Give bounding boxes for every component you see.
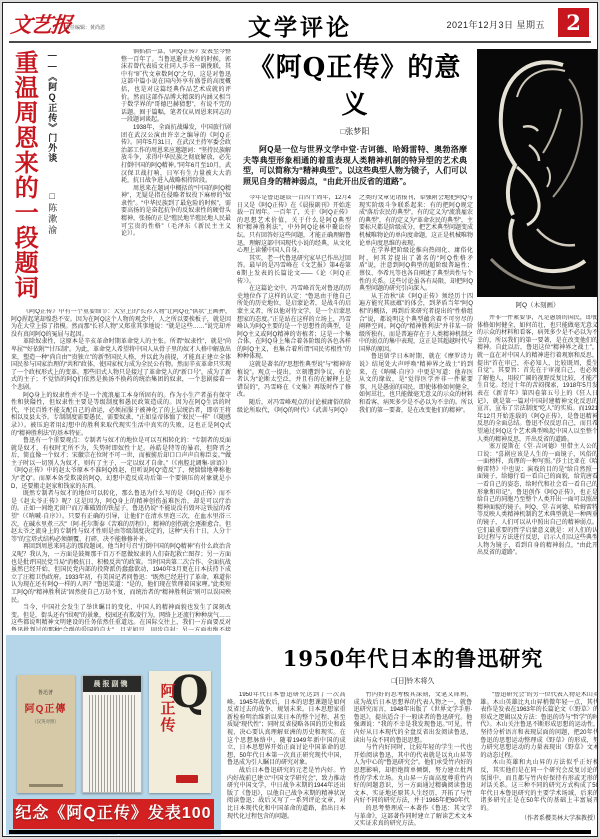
right-column-body: 并非一件紧要事，凡是愚弱的国民，即使体格如何健全，如何茁壮，也只能做毫无意义的示…: [477, 315, 598, 647]
center-article-body: 今年是鲁迅诞辰一百四十周年，12月4日又是《阿Q正传》在《晨报副刊》开始连载一百…: [237, 195, 473, 680]
center-article-intro: 阿Q是一位与世界文学中堂·吉诃德、哈姆雷特、奥勃洛摩夫等典型形象相通的着重表现人…: [243, 145, 467, 187]
cover-subtitle: （汉英对照）: [32, 719, 59, 725]
paragraph: 阿Q身上的奴隶性并不是一个流浪雇工本身所固有的。作为小生产者虽有保守性和狭隘性，…: [11, 393, 231, 439]
paragraph: 在学界把阶级论推向热闹化、庸俗化时，何其芳提出了著名的“阿Q性格矛盾”说，注意到…: [359, 248, 473, 294]
paragraph: 的思考整理成一本著作《鲁迅：其文学与革命》，这部著作同时建立了解读艺术文本又实证…: [354, 806, 473, 829]
newspaper-clipping: 晨报副镌: [82, 675, 142, 793]
cover-title: 阿Q正傳: [25, 700, 67, 715]
paragraph: “鲁迅研究会”的另一位代表人物是木山英雄。木山英雄比丸山昇稍微年轻一点，其代表作…: [480, 692, 598, 760]
cover-publisher-line: [29, 784, 63, 787]
paragraph: 鲁迅有一个重要观点：专制者与奴才的地位是可以互相转化的：“专制者的反面就是奴才，…: [11, 438, 231, 491]
center-article-title: 《阿Q正传》的意义: [237, 47, 473, 121]
bottom-article-title: 1950年代日本的鲁迅研究: [227, 643, 598, 673]
paragraph: 再回到周恩来同志的那段题词。他当时号召“打倒中国的阿Q精神”有什么政治含义呢？我…: [11, 544, 231, 605]
clipping-text-columns: [87, 695, 137, 793]
page-date: 2021年12月3日 星期五: [446, 18, 545, 31]
paragraph: 竹内好的思考极其深刻，文笔又犀利，成为战后日本思想界的代表人物之一。就鲁迅研究而…: [354, 692, 473, 745]
left-article-body: 《阿Q正传》中有一个重要细节：大堂上的“长衫人物”让阿Q在“供状”上画押，阿Q捏…: [11, 309, 231, 631]
bottom-article-body: 1950年代日本鲁迅研究达到了一次高峰。1945年战败后，日本的思想课题是如何反…: [227, 692, 598, 837]
paragraph: 1950年代日本鲁迅研究达到了一次高峰。1945年战败后，日本的思想课题是如何反…: [227, 692, 346, 768]
book-cover-ahq-bilingual: 鲁迅著 阿Q正傳 （汉英对照）: [17, 675, 75, 793]
cover-author-label: 鲁迅著: [38, 689, 53, 696]
header-rule: [9, 41, 591, 43]
paragraph: 鲁迅留学日本时期，就在《摩罗诗力说》结尾处大声呼唤“精神界之战士”的到来，在《呐…: [359, 354, 473, 415]
paragraph: 这就是著名的“思想性典型说”与“精神寄植说”。观点一提出，立刻遭到争议，有论者认…: [237, 362, 351, 400]
center-article: 《阿Q正传》的意义 □张梦阳 阿Q是一位与世界文学中堂·吉诃德、哈姆雷特、奥勃洛…: [237, 47, 473, 680]
page-number-badge: 2: [558, 8, 589, 37]
bottom-article-byline: □[日]铃木将久: [227, 676, 598, 686]
paragraph: 1938年，全面抗战爆发，中国旅行剧团在武汉公演由许幸之编导的《阿Q正传》。同年…: [121, 125, 231, 186]
commemoration-banner: 纪念《阿Q正传》发表100周年: [13, 799, 214, 829]
center-article-byline: □张梦阳: [237, 126, 473, 137]
left-article-title: 重温周恩来的一段题词: [11, 50, 36, 302]
newspaper-page: 文艺报 责任编辑：黄尚恩 文学评论 2021年12月3日 星期五 2 重温周恩来…: [2, 2, 598, 837]
page-bottom-rule: [9, 830, 591, 834]
clipping-masthead: 晨报副镌: [83, 676, 141, 692]
paragraph: 战后日本鲁迅研究的元老是竹内好。竹内好战前已建立“中国文学研究会”，致力推动研究…: [227, 768, 346, 821]
paragraph: 当今，中国社会发生了举世瞩目的变化，中国人的精神面貌也发生了深刻改变。但是，街头…: [11, 605, 231, 631]
ahq-woodcut-portrait: [477, 49, 598, 297]
bottom-article: 1950年代日本的鲁迅研究 □[日]铃木将久 1950年代日本鲁迅研究达到了一次…: [227, 643, 598, 837]
paragraph: 革除奴隶性，这原本是辛亥革命时期革命党人的主张。所谓“奴隶性”，就是“尚卑屈”“…: [11, 339, 231, 392]
left-article-title-block: 重温周恩来的一段题词 ——《阿Q正传》门外谈 □陈漱渝: [11, 50, 117, 304]
commemoration-box: 鲁迅著 阿Q正傳 （汉英对照） 晨报副镌 Q 阿正传 纪念《阿Q正传》发表100…: [6, 635, 221, 835]
portrait-caption: 阿Q（木刻画）: [477, 300, 598, 309]
paragraph: 周恩来在题词中概括的“中国的阿Q精神”，无疑是指在侵略者奴役下麻痹的“奴隶性”。…: [121, 186, 231, 239]
paragraph: 木山英雄和丸山昇的方法似乎正好相反，其实他们是在同一个研究会反复讨论的氛围中，而…: [480, 760, 598, 813]
paragraph: 倘掐指一算，《阿Q正传》发表至今整整一百年了。当鲁迅逝世大殓的时候，郭沫若曾代表…: [121, 49, 231, 125]
cover-vertical-title: 阿正传: [157, 683, 178, 734]
paragraph: 在这篇论文中，冯雪峰首先对鲁迅的历史地位作了这样的认定：“鲁迅由于他自己所处的历…: [237, 286, 351, 362]
paragraph: 今年是鲁迅诞辰一百四十周年，12月4日又是《阿Q正传》在《晨报副刊》开始连载一百…: [237, 195, 351, 256]
left-article-top-column: 倘掐指一算，《阿Q正传》发表至今整整一百年了。当鲁迅逝世大殓的时候，郭沫若曾代表…: [121, 49, 231, 305]
book-cover-ahq-q: Q 阿正传: [149, 671, 211, 793]
paragraph: 并非一件紧要事，凡是愚弱的国民，即使体格如何健全，如何茁壮，也只能做毫无意义的示…: [477, 315, 598, 444]
right-column: 阿Q（木刻画） 并非一件紧要事，凡是愚弱的国民，即使体格如何健全，如何茁壮，也只…: [477, 49, 598, 647]
left-article-byline: □陈漱渝: [46, 191, 59, 236]
paragraph: 《阿Q正传》中有一个重要细节：大堂上的“长衫人物”让阿Q在“供状”上画押，阿Q捏…: [11, 309, 231, 339]
paragraph: 从王冶秋“读《阿Q正传》须经历十四遍方能究其底蕴”的体会，到茅盾当年“阿Q相”的…: [359, 294, 473, 355]
paragraph: 与竹内好同时，比较年轻的学生一代也开始阅读鲁迅，其中的代表就是以丸山昇等人为中心…: [354, 745, 473, 806]
paragraph: 其实，老一代鲁迅研究家早已作出过回答。最早的是冯雪峰在《文艺报》第4卷第6期上发…: [237, 256, 351, 286]
book-covers: 鲁迅著 阿Q正傳 （汉英对照） 晨报副镌 Q 阿正传: [13, 642, 214, 793]
paragraph: 既然专制者与奴才的地位可以转化，那么鲁迅为什么写的是《阿Q正传》而不是《赵太爷正…: [11, 491, 231, 544]
red-seal: [176, 775, 198, 783]
paragraph: 塞万提斯在《堂·吉诃德》里借主人公的口说：“喜剧应该是人生的一面镜子，风俗的一面…: [477, 444, 598, 558]
author-note: （作者系樱美林大学准教授）: [480, 816, 598, 824]
left-article-subtitle: ——《阿Q正传》门外谈: [46, 50, 59, 163]
